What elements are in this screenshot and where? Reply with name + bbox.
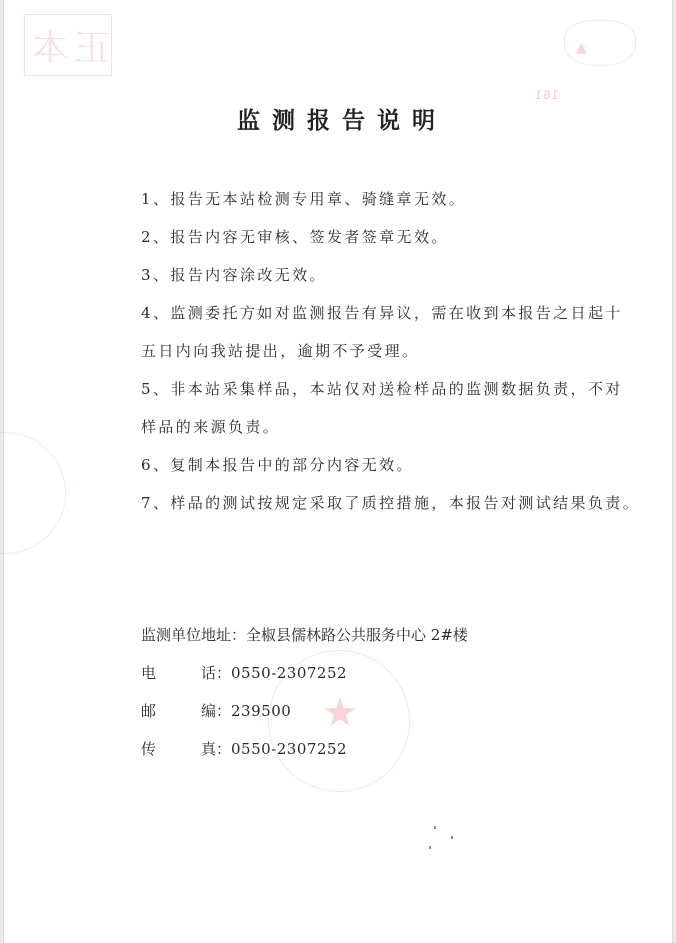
phone-row: 电 话： 0550-2307252	[141, 654, 468, 692]
note-item: 1、报告无本站检测专用章、骑缝章无效。	[141, 180, 601, 218]
address-label: 监测单位地址：	[141, 616, 246, 654]
postcode-value: 239500	[231, 692, 291, 730]
note-item: 4、监测委托方如对监测报告有异议，需在收到本报告之日起十	[141, 294, 601, 332]
note-item-continued: 五日内向我站提出，逾期不予受理。	[141, 332, 601, 370]
scan-speck	[434, 826, 436, 829]
original-copy-stamp: 正本	[24, 14, 112, 76]
fax-label-a: 传	[141, 730, 201, 768]
stamp-text: 正本	[26, 20, 110, 71]
fax-value: 0550-2307252	[231, 730, 347, 768]
page-title: 监测报告说明	[4, 102, 676, 135]
note-item: 7、样品的测试按规定采取了质控措施，本报告对测试结果负责。	[141, 484, 601, 522]
seal-mark-icon: ▲	[576, 40, 616, 58]
contact-info: 监测单位地址： 全椒县儒林路公共服务中心 2#楼 电 话： 0550-23072…	[141, 616, 468, 768]
scan-speck	[429, 846, 431, 849]
notes-list: 1、报告无本站检测专用章、骑缝章无效。 2、报告内容无审核、签发者签章无效。 3…	[141, 180, 601, 522]
postcode-label-a: 邮	[141, 692, 201, 730]
scan-speck	[451, 836, 453, 839]
fax-row: 传 真： 0550-2307252	[141, 730, 468, 768]
note-item: 6、复制本报告中的部分内容无效。	[141, 446, 601, 484]
note-item-continued: 样品的来源负责。	[141, 408, 601, 446]
phone-label-a: 电	[141, 654, 201, 692]
address-value: 全椒县儒林路公共服务中心 2#楼	[246, 616, 468, 654]
document-page: 正本 ▲ 161 ★ 监测报告说明 1、报告无本站检测专用章、骑缝章无效。 2、…	[3, 0, 673, 943]
phone-value: 0550-2307252	[231, 654, 347, 692]
postcode-label-b: 编：	[201, 692, 231, 730]
phone-label-b: 话：	[201, 654, 231, 692]
address-row: 监测单位地址： 全椒县儒林路公共服务中心 2#楼	[141, 616, 468, 654]
edge-seal	[0, 432, 66, 554]
note-item: 2、报告内容无审核、签发者签章无效。	[141, 218, 601, 256]
note-item: 5、非本站采集样品，本站仅对送检样品的监测数据负责，不对	[141, 370, 601, 408]
postcode-row: 邮 编： 239500	[141, 692, 468, 730]
note-item: 3、报告内容涂改无效。	[141, 256, 601, 294]
fax-label-b: 真：	[201, 730, 231, 768]
serial-number-stamp: 161	[534, 88, 559, 102]
